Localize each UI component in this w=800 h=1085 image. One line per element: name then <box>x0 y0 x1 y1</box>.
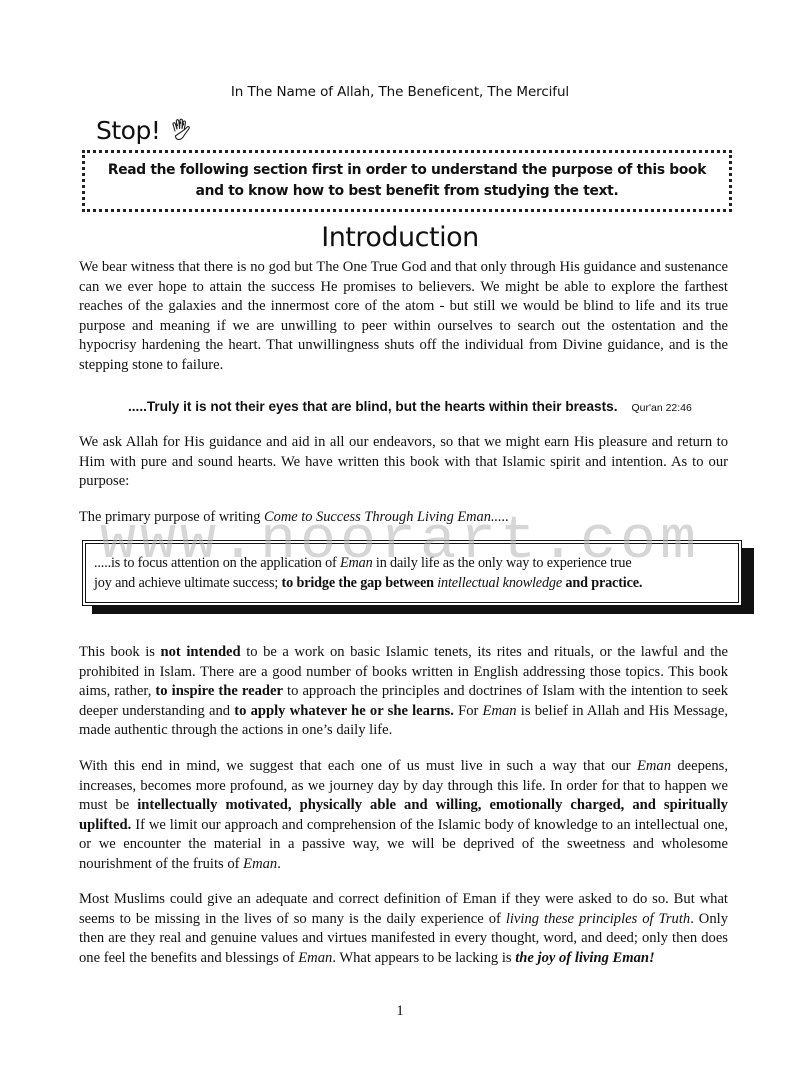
purpose-text: joy and achieve ultimate success; <box>94 575 282 591</box>
text: . <box>277 856 281 872</box>
bold-text: to apply whatever he or she learns. <box>234 703 454 719</box>
purpose-box-line-1: .....is to focus attention on the applic… <box>94 553 730 573</box>
italic-text: Eman <box>298 950 332 966</box>
notice-line-2: and to know how to best benefit from stu… <box>196 181 619 202</box>
purpose-emphasis: intellectual knowledge <box>437 575 562 591</box>
quote-text: .....Truly it is not their eyes that are… <box>128 399 617 414</box>
text: This book is <box>79 644 161 660</box>
purpose-bold: and practice. <box>562 575 642 591</box>
paragraph-end-in-mind: With this end in mind, we suggest that e… <box>79 757 728 875</box>
page-number: 1 <box>0 1003 800 1020</box>
stop-title: Stop! <box>96 116 160 145</box>
document-page: In The Name of Allah, The Beneficent, Th… <box>0 0 800 1085</box>
bold-text: to inspire the reader <box>155 683 283 699</box>
purpose-bold: to bridge the gap between <box>282 575 438 591</box>
quran-quote: .....Truly it is not their eyes that are… <box>128 398 692 416</box>
book-title: Come to Success Through Living Eman..... <box>264 509 509 525</box>
notice-line-1: Read the following section first in orde… <box>108 160 706 181</box>
bold-italic-text: the joy of living Eman! <box>515 950 654 966</box>
purpose-lead: The primary purpose of writing Come to S… <box>79 509 509 526</box>
notice-box: Read the following section first in orde… <box>82 150 732 212</box>
paragraph-ask-allah: We ask Allah for His guidance and aid in… <box>79 433 728 492</box>
raised-hand-icon <box>168 117 194 143</box>
purpose-box-line-2: joy and achieve ultimate success; to bri… <box>94 573 730 593</box>
italic-text: Eman <box>483 703 517 719</box>
purpose-text: in daily life as the only way to experie… <box>373 555 632 571</box>
italic-text: living these principles of Truth <box>506 911 690 927</box>
purpose-text: .....is to focus attention on the applic… <box>94 555 340 571</box>
paragraph-not-intended: This book is not intended to be a work o… <box>79 643 728 741</box>
page-title: Introduction <box>0 222 800 253</box>
paragraph-witness: We bear witness that there is no god but… <box>79 258 728 376</box>
paragraph-most-muslims: Most Muslims could give an adequate and … <box>79 890 728 968</box>
purpose-box: .....is to focus attention on the applic… <box>82 540 742 606</box>
italic-text: Eman <box>637 758 671 774</box>
italic-text: Eman <box>243 856 277 872</box>
purpose-emphasis: Eman <box>340 555 373 571</box>
text: For <box>454 703 483 719</box>
stop-heading: Stop! <box>96 112 194 148</box>
text: . What appears to be lacking is <box>332 950 515 966</box>
basmala-heading: In The Name of Allah, The Beneficent, Th… <box>0 84 800 100</box>
purpose-lead-text: The primary purpose of writing <box>79 509 264 525</box>
quote-reference: Qur'an 22:46 <box>631 402 691 414</box>
text: If we limit our approach and comprehensi… <box>79 817 728 872</box>
text: With this end in mind, we suggest that e… <box>79 758 637 774</box>
bold-text: not intended <box>161 644 241 660</box>
